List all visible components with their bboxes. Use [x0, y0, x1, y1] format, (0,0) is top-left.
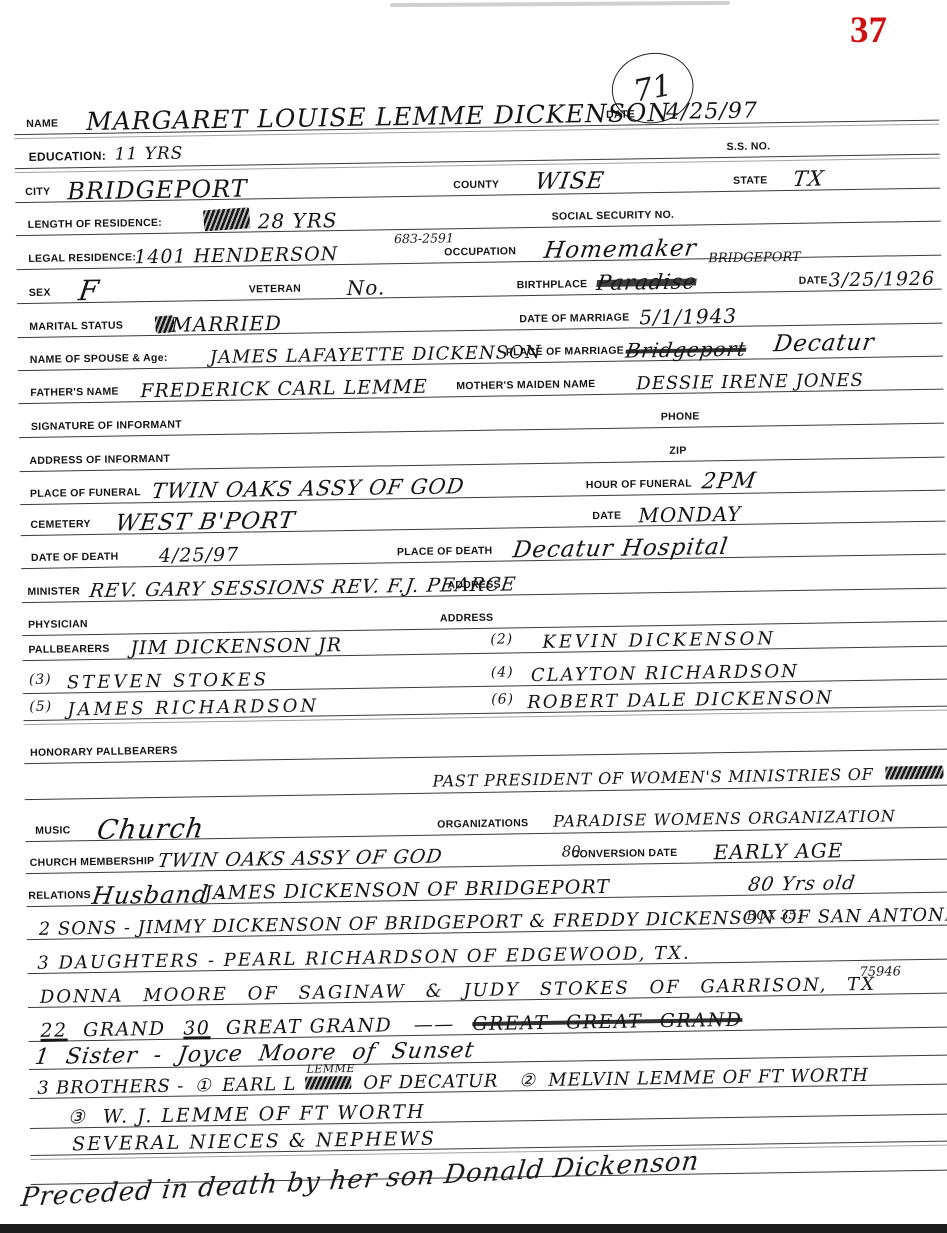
length-of-residence-label: LENGTH OF RESIDENCE: — [28, 217, 163, 231]
length-of-residence-value: 28 YRS — [258, 210, 338, 231]
state-value: TX — [792, 168, 826, 190]
funeral-date-label: DATE — [592, 510, 621, 522]
county-value: WISE — [533, 170, 606, 194]
state-label: STATE — [733, 174, 768, 187]
organizations-label: ORGANIZATIONS — [437, 817, 528, 830]
conversion-date-label: CONVERSION DATE — [572, 847, 678, 861]
pallbearer-5-number: (5) — [29, 700, 52, 714]
date-of-marriage-label: DATE OF MARRIAGE — [519, 312, 629, 326]
pallbearer-5: JAMES RICHARDSON — [67, 697, 319, 719]
scribble-mark — [203, 207, 250, 231]
minister-label: MINISTER — [27, 585, 80, 598]
phone-label: PHONE — [661, 410, 700, 423]
pallbearers-label: PALLBEARERS — [28, 643, 109, 656]
pallbearer-6-number: (6) — [491, 692, 514, 706]
date-label: DATE — [606, 108, 635, 120]
social-security-no-label: SOCIAL SECURITY NO. — [552, 209, 675, 223]
education-value: 11 YRS — [115, 146, 184, 164]
place-of-marriage-label: PLACE OF MARRIAGE — [506, 345, 624, 359]
date-value: 4/25/97 — [666, 100, 758, 123]
birth-date-label: DATE — [799, 274, 828, 286]
church-membership-label: CHURCH MEMBERSHIP — [30, 855, 155, 869]
past-president-prefix: PAST PRESIDENT OF WOMEN'S MINISTRIES OF — [432, 767, 873, 790]
birthplace-label: BIRTHPLACE — [517, 278, 588, 291]
zip-label: ZIP — [669, 445, 686, 457]
legal-residence-label: LEGAL RESIDENCE: — [28, 251, 136, 265]
cemetery-label: CEMETERY — [30, 518, 91, 531]
music-label: MUSIC — [35, 824, 71, 837]
hour-of-funeral-label: HOUR OF FUNERAL — [586, 478, 692, 492]
occupation-label: OCCUPATION — [444, 245, 516, 258]
husband-age-superscript: 80 — [562, 844, 581, 859]
birthplace-correction: BRIDGEPORT — [708, 251, 801, 265]
zip-code-note: 75946 — [859, 965, 901, 979]
education-label: EDUCATION: — [29, 149, 107, 164]
past-president-note: PAST PRESIDENT OF WOMEN'S MINISTRIES OF … — [432, 763, 947, 789]
relations-label: RELATIONS — [28, 889, 91, 902]
scribble-mark: LEMME — [305, 1076, 351, 1090]
veteran-value: No. — [347, 277, 386, 298]
city-label: CITY — [25, 186, 50, 198]
form-body: 71 NAME MARGARET LOUISE LEMME DICKENSON … — [0, 0, 947, 1233]
date-of-death-label: DATE OF DEATH — [31, 551, 119, 564]
spouse-label: NAME OF SPOUSE & Age: — [30, 352, 168, 366]
place-of-funeral-label: PLACE OF FUNERAL — [30, 486, 141, 500]
signature-of-informant-label: SIGNATURE OF INFORMANT — [31, 419, 182, 433]
name-label: NAME — [26, 117, 58, 130]
scribble-mark — [885, 766, 943, 780]
phone-note: 683-2591 — [394, 232, 454, 245]
honorary-pallbearers-label: HONORARY PALLBEARERS — [30, 745, 178, 759]
brother-1-correction: LEMME — [306, 1063, 355, 1075]
scanned-funeral-record-form: 37 71 NAME MARGARET LOUISE LEMME DICKENS… — [0, 0, 947, 1233]
ss-no-label: S.S. NO. — [726, 140, 770, 153]
pallbearer-6: ROBERT DALE DICKENSON — [527, 689, 834, 712]
minister-address-label: ADDRESS — [447, 579, 501, 592]
date-of-death-value: 4/25/97 — [159, 546, 240, 566]
fathers-name-label: FATHER'S NAME — [30, 386, 119, 399]
veteran-label: VETERAN — [249, 283, 301, 296]
scan-edge-bar — [0, 1224, 947, 1233]
place-of-death-label: PLACE OF DEATH — [397, 545, 493, 559]
box-number-note: BOX 351 — [747, 909, 806, 923]
mothers-maiden-name-label: MOTHER'S MAIDEN NAME — [456, 378, 595, 392]
sex-label: SEX — [29, 287, 51, 299]
birthplace-crossed-out: Paradise — [595, 271, 698, 294]
address-of-informant-label: ADDRESS OF INFORMANT — [29, 453, 170, 467]
marital-status-label: MARITAL STATUS — [29, 319, 123, 332]
pallbearer-2-number: (2) — [490, 632, 513, 646]
place-of-marriage-correction: Decatur — [772, 332, 876, 357]
birth-date-value: 3/25/1926 — [829, 270, 936, 291]
county-label: COUNTY — [453, 179, 499, 192]
